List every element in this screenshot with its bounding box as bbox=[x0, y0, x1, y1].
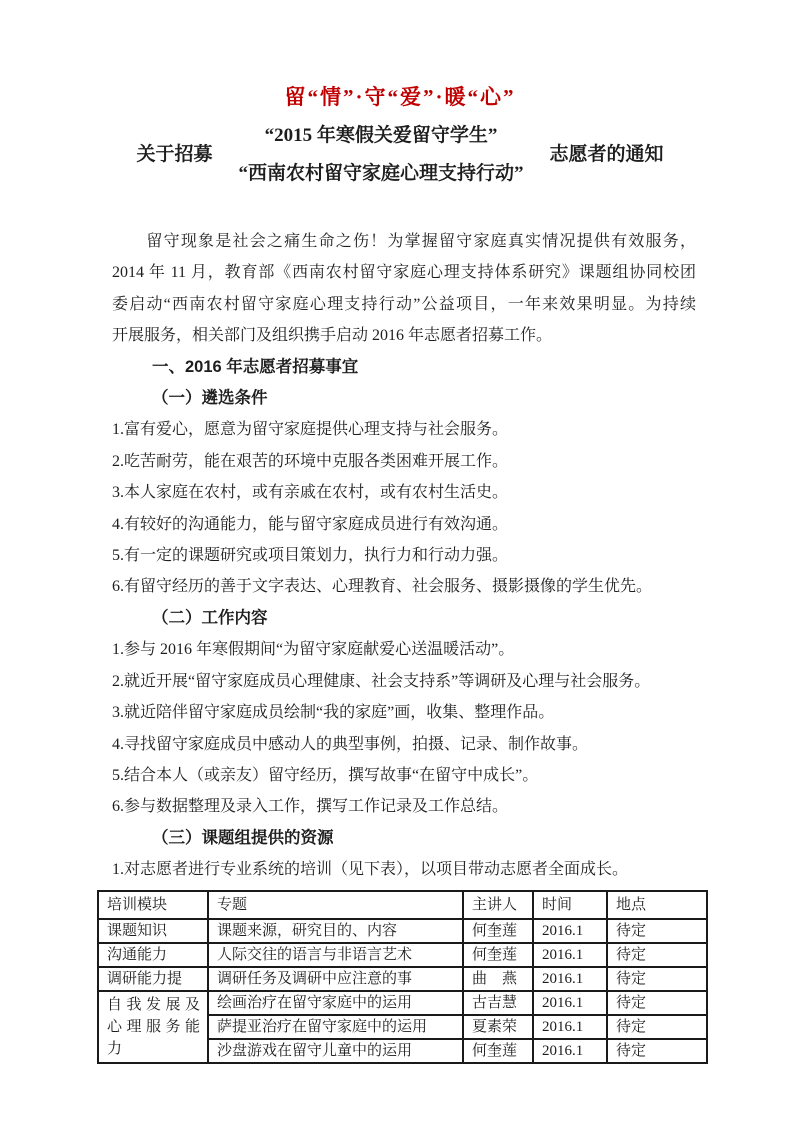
list-item: 6.有留守经历的善于文字表达、心理教育、社会服务、摄影摄像的学生优先。 bbox=[112, 571, 696, 602]
column-header-time: 时间 bbox=[533, 891, 607, 919]
cell-topic: 绘画治疗在留守家庭中的运用 bbox=[208, 991, 463, 1015]
cell-place: 待定 bbox=[607, 919, 707, 943]
title-line1: “2015 年寒假关爱留守学生” bbox=[265, 124, 498, 148]
cell-speaker: 何奎莲 bbox=[463, 919, 533, 943]
document-page: 留“情”·守“爱”·暖“心” 关于招募 “2015 年寒假关爱留守学生” “西南… bbox=[0, 0, 800, 1131]
document-motto: 留“情”·守“爱”·暖“心” bbox=[0, 84, 800, 110]
cell-place: 待定 bbox=[607, 943, 707, 967]
section-heading-main: 一、2016 年志愿者招募事宜 bbox=[112, 352, 696, 383]
title-line2: “西南农村留守家庭心理支持行动” bbox=[238, 162, 523, 186]
cell-time: 2016.1 bbox=[533, 919, 607, 943]
cell-topic: 课题来源，研究目的、内容 bbox=[208, 919, 463, 943]
cell-place: 待定 bbox=[607, 991, 707, 1015]
cell-topic: 萨提亚治疗在留守家庭中的运用 bbox=[208, 1015, 463, 1039]
cell-time: 2016.1 bbox=[533, 967, 607, 991]
cell-time: 2016.1 bbox=[533, 1039, 607, 1063]
column-header-place: 地点 bbox=[607, 891, 707, 919]
list-item: 2.就近开展“留守家庭成员心理健康、社会支持系”等调研及心理与社会服务。 bbox=[112, 666, 696, 697]
document-body: 留守现象是社会之痛生命之伤！为掌握留守家庭真实情况提供有效服务， 2014 年 … bbox=[0, 226, 800, 1064]
section-heading-criteria: （一）遴选条件 bbox=[112, 383, 696, 414]
document-title: 关于招募 “2015 年寒假关爱留守学生” “西南农村留守家庭心理支持行动” 志… bbox=[0, 124, 800, 186]
table-header-row: 培训模块 专题 主讲人 时间 地点 bbox=[98, 891, 707, 919]
list-item: 1.参与 2016 年寒假期间“为留守家庭献爱心送温暖活动”。 bbox=[112, 634, 696, 665]
cell-place: 待定 bbox=[607, 1039, 707, 1063]
cell-speaker: 何奎莲 bbox=[463, 943, 533, 967]
column-header-speaker: 主讲人 bbox=[463, 891, 533, 919]
list-item: 3.本人家庭在农村，或有亲戚在农村，或有农村生活史。 bbox=[112, 477, 696, 508]
cell-speaker: 夏素荣 bbox=[463, 1015, 533, 1039]
list-item: 5.有一定的课题研究或项目策划力，执行力和行动力强。 bbox=[112, 540, 696, 571]
cell-module: 课题知识 bbox=[98, 919, 208, 943]
list-item: 5.结合本人（或亲友）留守经历，撰写故事“在留守中成长”。 bbox=[112, 760, 696, 791]
training-table: 培训模块 专题 主讲人 时间 地点 课题知识 课题来源，研究目的、内容 何奎莲 … bbox=[97, 890, 708, 1064]
cell-place: 待定 bbox=[607, 967, 707, 991]
cell-time: 2016.1 bbox=[533, 991, 607, 1015]
cell-speaker: 曲 燕 bbox=[463, 967, 533, 991]
table-row: 调研能力提 调研任务及调研中应注意的事 曲 燕 2016.1 待定 bbox=[98, 967, 707, 991]
section-heading-work: （二）工作内容 bbox=[112, 603, 696, 634]
list-item: 1.对志愿者进行专业系统的培训（见下表），以项目带动志愿者全面成长。 bbox=[112, 854, 696, 885]
cell-time: 2016.1 bbox=[533, 1015, 607, 1039]
cell-module: 沟通能力 bbox=[98, 943, 208, 967]
cell-module-merged: 自我发展及心理服务能力 bbox=[98, 991, 208, 1063]
table-row: 课题知识 课题来源，研究目的、内容 何奎莲 2016.1 待定 bbox=[98, 919, 707, 943]
column-header-module: 培训模块 bbox=[98, 891, 208, 919]
cell-time: 2016.1 bbox=[533, 943, 607, 967]
cell-place: 待定 bbox=[607, 1015, 707, 1039]
intro-line: 2014 年 11 月，教育部《西南农村留守家庭心理支持体系研究》课题组协同校团 bbox=[112, 257, 696, 288]
intro-line: 开展服务，相关部门及组织携手启动 2016 年志愿者招募工作。 bbox=[112, 320, 696, 351]
list-item: 2.吃苦耐劳，能在艰苦的环境中克服各类困难开展工作。 bbox=[112, 446, 696, 477]
title-quoted-lines: “2015 年寒假关爱留守学生” “西南农村留守家庭心理支持行动” bbox=[238, 124, 523, 186]
intro-line: 委启动“西南农村留守家庭心理支持行动”公益项目，一年来效果明显。为持续 bbox=[112, 289, 696, 320]
title-suffix: 志愿者的通知 bbox=[550, 143, 664, 167]
list-item: 6.参与数据整理及录入工作，撰写工作记录及工作总结。 bbox=[112, 791, 696, 822]
list-item: 4.有较好的沟通能力，能与留守家庭成员进行有效沟通。 bbox=[112, 509, 696, 540]
table-row: 自我发展及心理服务能力 绘画治疗在留守家庭中的运用 古吉慧 2016.1 待定 bbox=[98, 991, 707, 1015]
cell-topic: 沙盘游戏在留守儿童中的运用 bbox=[208, 1039, 463, 1063]
cell-speaker: 古吉慧 bbox=[463, 991, 533, 1015]
section-heading-resources: （三）课题组提供的资源 bbox=[112, 823, 696, 854]
cell-topic: 调研任务及调研中应注意的事 bbox=[208, 967, 463, 991]
cell-topic: 人际交往的语言与非语言艺术 bbox=[208, 943, 463, 967]
intro-line: 留守现象是社会之痛生命之伤！为掌握留守家庭真实情况提供有效服务， bbox=[112, 226, 696, 257]
table-row: 沟通能力 人际交往的语言与非语言艺术 何奎莲 2016.1 待定 bbox=[98, 943, 707, 967]
cell-speaker: 何奎莲 bbox=[463, 1039, 533, 1063]
list-item: 3.就近陪伴留守家庭成员绘制“我的家庭”画，收集、整理作品。 bbox=[112, 697, 696, 728]
cell-module: 调研能力提 bbox=[98, 967, 208, 991]
list-item: 1.富有爱心，愿意为留守家庭提供心理支持与社会服务。 bbox=[112, 414, 696, 445]
column-header-topic: 专题 bbox=[208, 891, 463, 919]
title-prefix: 关于招募 bbox=[136, 143, 212, 167]
list-item: 4.寻找留守家庭成员中感动人的典型事例，拍摄、记录、制作故事。 bbox=[112, 729, 696, 760]
